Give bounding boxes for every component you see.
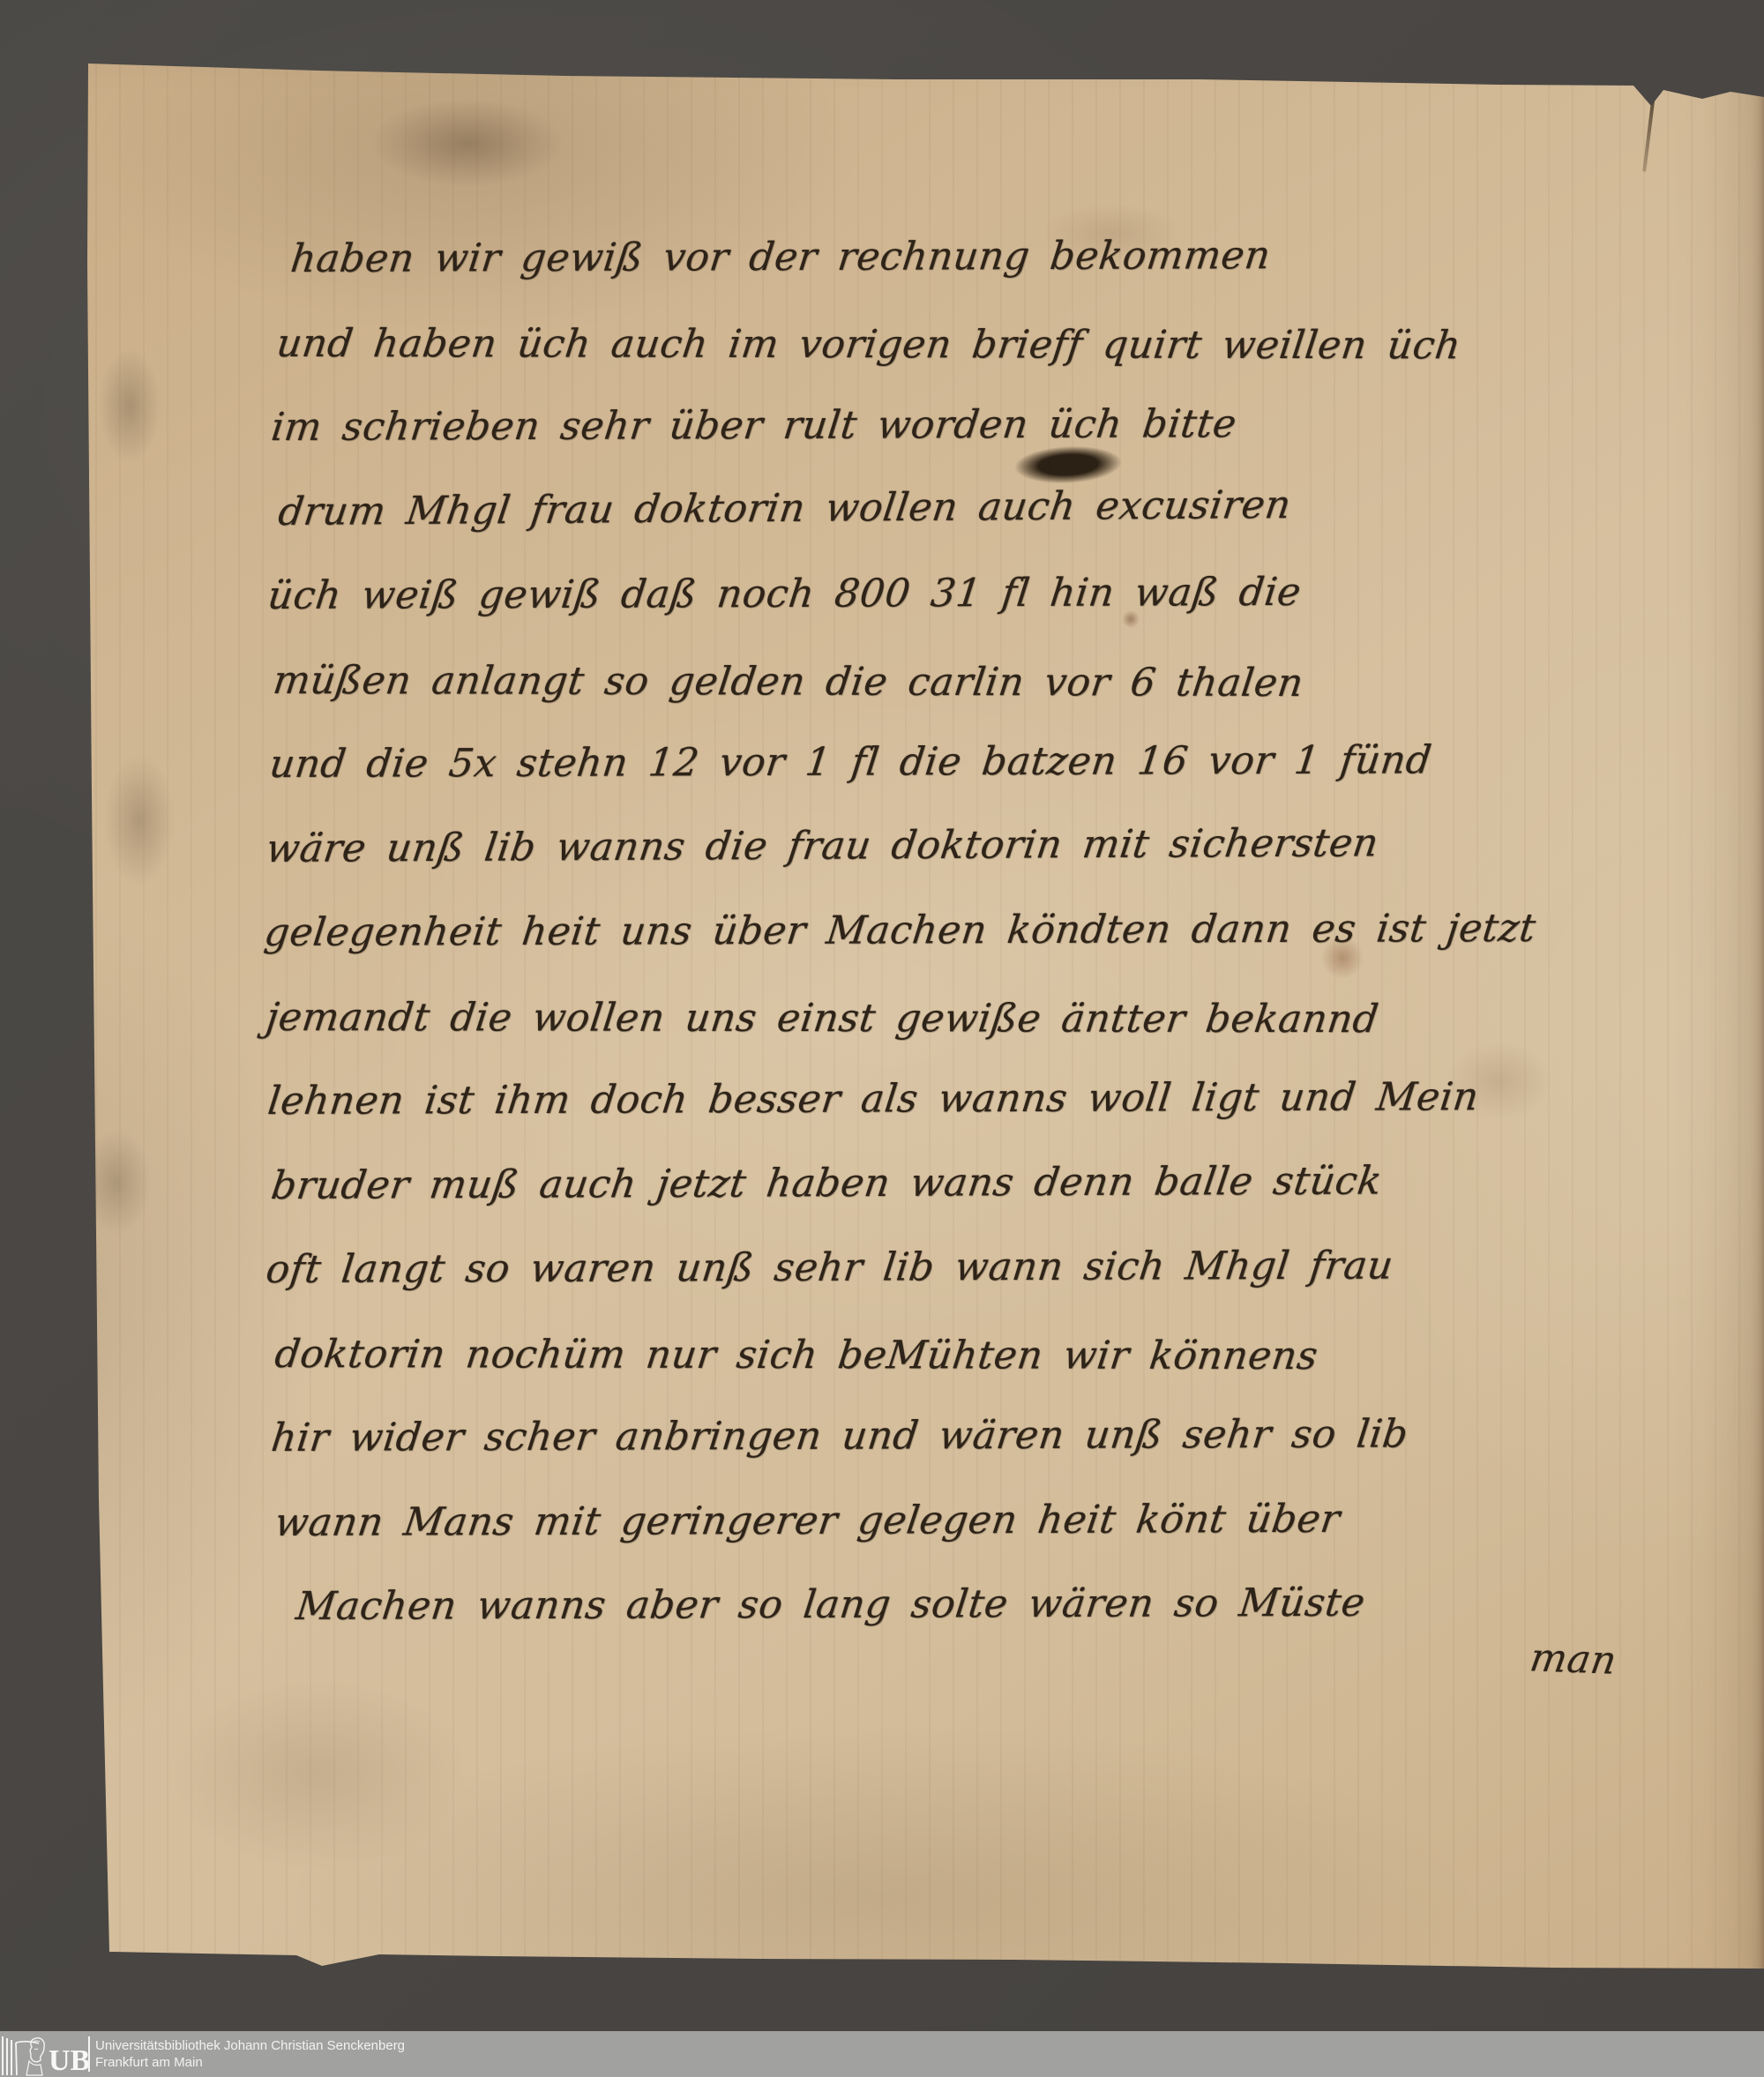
goethe-portrait-icon xyxy=(26,2038,44,2075)
handwriting-line: wann Mans mit geringerer gelegen heit kö… xyxy=(269,1476,1717,1565)
handwriting-line: Machen wanns aber so lang solte wären so… xyxy=(291,1559,1716,1648)
handwriting-line: hir wider scher anbringen und wären unß … xyxy=(266,1391,1716,1480)
ub-logo: UB xyxy=(0,2031,88,2077)
institution-name: Universitätsbibliothek Johann Christian … xyxy=(95,2037,405,2054)
handwriting-line: oft langt so waren unß sehr lib wann sic… xyxy=(261,1222,1716,1311)
handwriting-line: doktorin nochüm nur sich beMühten wir kö… xyxy=(270,1312,1716,1399)
library-watermark-bar: UB Universitätsbibliothek Johann Christi… xyxy=(0,2031,1764,2077)
handwriting-line: drum Mhgl frau doktorin wollen auch excu… xyxy=(273,459,1718,554)
catchword: man xyxy=(1527,1635,1619,1683)
handwriting-block: haben wir gewiß vor der rechnung bekomme… xyxy=(265,217,1711,1649)
handwriting-line: müßen anlangt so gelden die carlin vor 6… xyxy=(268,639,1715,727)
handwriting-line: jemandt die wollen uns einst gewiße äntt… xyxy=(261,975,1716,1062)
handwriting-line: gelegenheit heit uns über Machen köndten… xyxy=(259,885,1716,975)
manuscript-page: haben wir gewiß vor der rechnung bekomme… xyxy=(0,0,1764,2077)
handwriting-line: lehnen ist ihm doch besser als wanns wol… xyxy=(263,1054,1716,1143)
handwriting-line: haben wir gewiß vor der rechnung bekomme… xyxy=(286,212,1716,301)
handwriting-line: und haben üch auch im vorigen brieff qui… xyxy=(272,302,1716,388)
institution-city: Frankfurt am Main xyxy=(95,2054,405,2071)
logo-divider xyxy=(88,2036,90,2072)
handwriting-line: und die 5x stehn 12 vor 1 fl die batzen … xyxy=(265,717,1716,806)
handwriting-line: wäre unß lib wanns die frau doktorin mit… xyxy=(261,799,1718,891)
handwriting-line: üch weiß gewiß daß noch 800 31 fl hin wa… xyxy=(263,549,1716,638)
handwriting-line: im schrieben sehr über rult worden üch b… xyxy=(266,380,1716,469)
ub-logo-icon: UB xyxy=(0,2031,88,2077)
ub-logo-letters: UB xyxy=(49,2044,88,2077)
handwriting-line: bruder muß auch jetzt haben wans denn ba… xyxy=(265,1137,1717,1228)
